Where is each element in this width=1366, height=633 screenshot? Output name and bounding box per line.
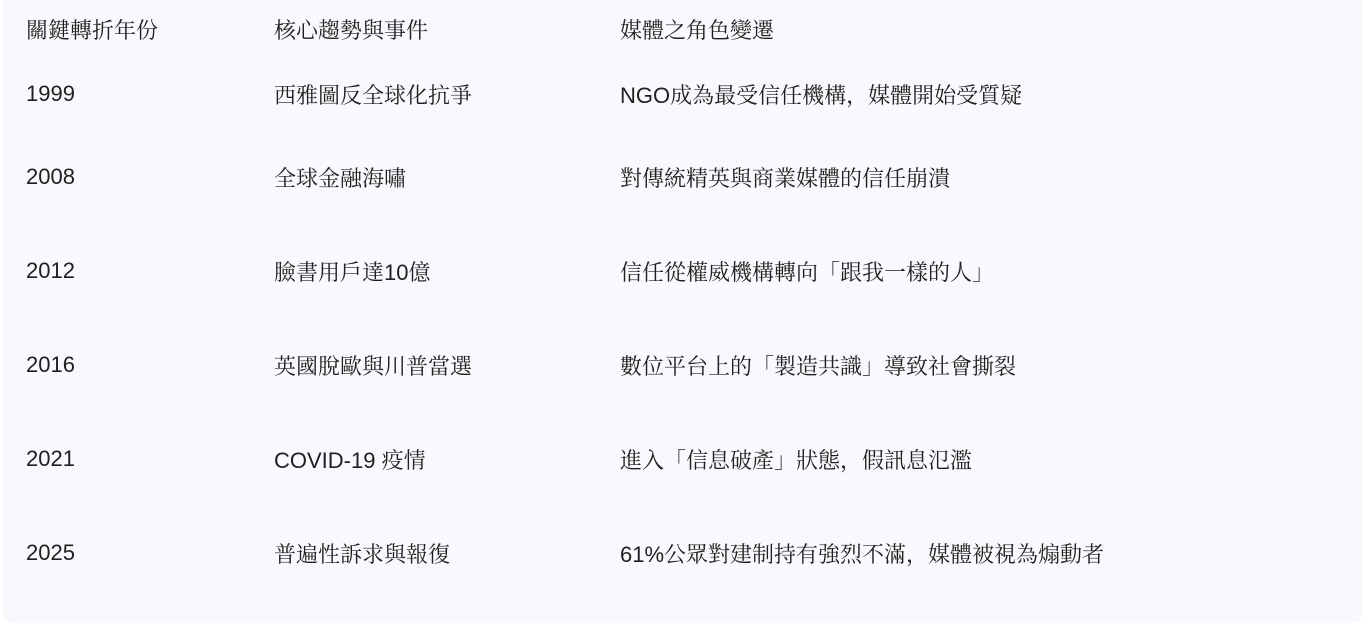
- cell-media-role: 進入「信息破產」狀態，假訊息氾濫: [620, 412, 1320, 506]
- cell-year: 1999: [26, 58, 274, 130]
- cell-media-role: 對傳統精英與商業媒體的信任崩潰: [620, 130, 1320, 224]
- cell-media-role: 數位平台上的「製造共識」導致社會撕裂: [620, 318, 1320, 412]
- table-row: 2025 普遍性訴求與報復 61%公眾對建制持有強烈不滿，媒體被視為煽動者: [26, 506, 1320, 600]
- timeline-table: 關鍵轉折年份 核心趨勢與事件 媒體之角色變遷 1999 西雅圖反全球化抗爭 NG…: [26, 0, 1320, 600]
- cell-media-role: 信任從權威機構轉向「跟我一樣的人」: [620, 224, 1320, 318]
- cell-event: 英國脫歐與川普當選: [274, 318, 620, 412]
- table-row: 2012 臉書用戶達10億 信任從權威機構轉向「跟我一樣的人」: [26, 224, 1320, 318]
- table-row: 2016 英國脫歐與川普當選 數位平台上的「製造共識」導致社會撕裂: [26, 318, 1320, 412]
- cell-event: COVID-19 疫情: [274, 412, 620, 506]
- cell-year: 2016: [26, 318, 274, 412]
- table-container: 關鍵轉折年份 核心趨勢與事件 媒體之角色變遷 1999 西雅圖反全球化抗爭 NG…: [3, 0, 1363, 623]
- table-header-row: 關鍵轉折年份 核心趨勢與事件 媒體之角色變遷: [26, 0, 1320, 58]
- cell-media-role: 61%公眾對建制持有強烈不滿，媒體被視為煽動者: [620, 506, 1320, 600]
- table-row: 1999 西雅圖反全球化抗爭 NGO成為最受信任機構，媒體開始受質疑: [26, 58, 1320, 130]
- cell-year: 2008: [26, 130, 274, 224]
- table-row: 2021 COVID-19 疫情 進入「信息破產」狀態，假訊息氾濫: [26, 412, 1320, 506]
- table-row: 2008 全球金融海嘯 對傳統精英與商業媒體的信任崩潰: [26, 130, 1320, 224]
- header-event: 核心趨勢與事件: [274, 0, 620, 58]
- header-media-role: 媒體之角色變遷: [620, 0, 1320, 58]
- cell-year: 2025: [26, 506, 274, 600]
- cell-year: 2021: [26, 412, 274, 506]
- cell-event: 全球金融海嘯: [274, 130, 620, 224]
- cell-media-role: NGO成為最受信任機構，媒體開始受質疑: [620, 58, 1320, 130]
- cell-event: 西雅圖反全球化抗爭: [274, 58, 620, 130]
- header-year: 關鍵轉折年份: [26, 0, 274, 58]
- cell-event: 臉書用戶達10億: [274, 224, 620, 318]
- cell-year: 2012: [26, 224, 274, 318]
- cell-event: 普遍性訴求與報復: [274, 506, 620, 600]
